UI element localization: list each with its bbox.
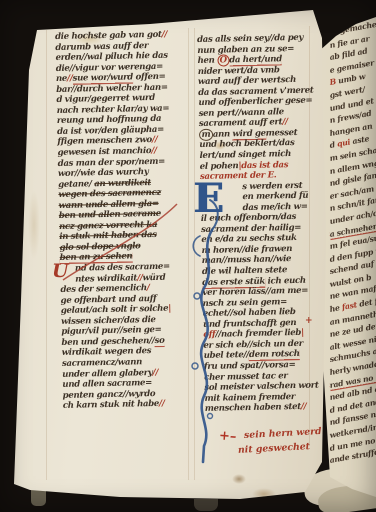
text-segment: | [301, 328, 304, 338]
manuscript-photo: m gemachen fie ar arab fild ade gemaiser… [0, 0, 376, 512]
manuscript-page: die hochste gab van got//darumb was auff… [0, 0, 376, 512]
stain [28, 190, 40, 260]
text-segment: messet [266, 128, 298, 139]
annotation-line: sein hern werd [244, 426, 322, 441]
text-segment: // [152, 135, 158, 145]
blue-initial-letter: E [193, 179, 224, 219]
text-segment: an wurdikeit [94, 178, 151, 189]
text-line: ch karn stuk nit habe// [63, 398, 203, 411]
text-segment: offen= [133, 72, 166, 83]
ruling-line [46, 30, 47, 480]
text-segment: // [67, 74, 73, 84]
text-segment: wird ge [232, 129, 265, 140]
text-segment: hen [197, 56, 217, 66]
text-segment: // [151, 146, 157, 156]
stain [232, 474, 246, 484]
text-segment: sue wor/wurd [72, 73, 133, 84]
text-segment: ch karn stuk nit habe [63, 399, 159, 411]
text-segment: und offenberlicher gese= [198, 96, 312, 108]
text-segment: // [152, 367, 158, 377]
text-segment: m [199, 129, 213, 141]
annotation-cross-icon: +– [218, 428, 236, 444]
text-segment: das me/ich w= [243, 201, 308, 212]
text-segment: das ist das [241, 160, 288, 171]
text-segment: el pohen [200, 161, 239, 172]
text-segment: det f [356, 297, 376, 310]
red-strike-line [55, 198, 185, 288]
text-segment: // [161, 30, 167, 40]
text-segment: | [168, 304, 171, 314]
red-margin-cross-icon: + [305, 316, 313, 326]
clasp-tab-small [194, 499, 218, 511]
text-segment: da hert [229, 55, 262, 66]
text-segment: dem rotsch [249, 349, 300, 360]
stain [252, 488, 276, 500]
text-segment: /und [261, 54, 281, 64]
marginal-annotation: +– sein hern werd nit geswechet [197, 426, 327, 466]
text-segment: das man der spor/nem= [58, 156, 165, 168]
text-segment: getane/ [58, 179, 94, 190]
text-segment: ne [56, 74, 67, 84]
text-segment: // [159, 399, 165, 409]
text-segment: // [282, 117, 288, 127]
text-segment: aste [349, 135, 369, 147]
text-segment: O [217, 54, 229, 66]
text-segment: en merkend fü [242, 191, 308, 202]
text-segment: ann [213, 129, 233, 139]
annotation-line: nit geswechet [238, 441, 311, 456]
text-segment: // [301, 402, 307, 412]
text-segment: so [154, 336, 164, 346]
text-segment: fast [341, 300, 358, 312]
edge-page-text-column: m gemachen fie ar arab fild ade gemaiser… [330, 27, 376, 468]
text-segment: ich euch [265, 275, 306, 286]
